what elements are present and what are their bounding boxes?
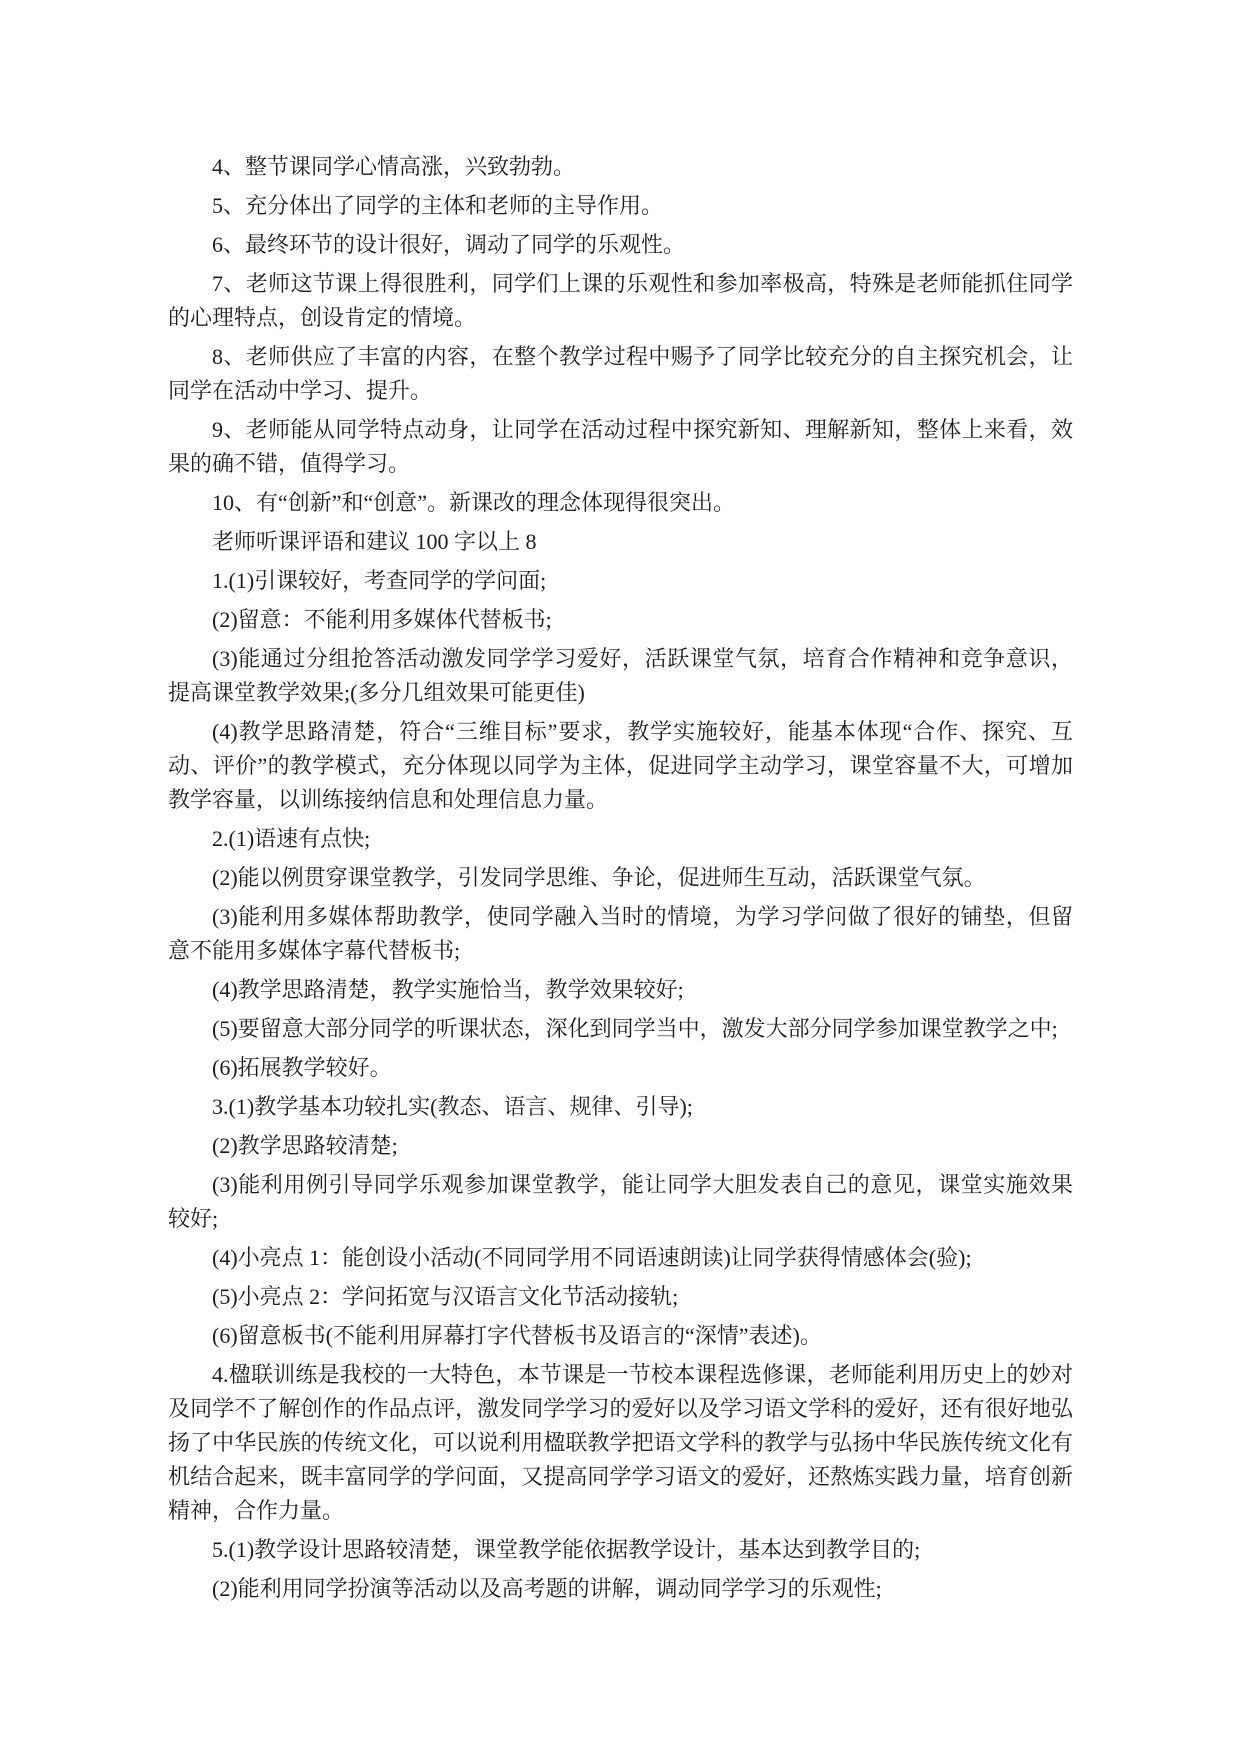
paragraph: (2)留意：不能利用多媒体代替板书;: [168, 603, 1073, 637]
paragraph: (6)拓展教学较好。: [168, 1051, 1073, 1085]
paragraph: 老师听课评语和建议 100 字以上 8: [168, 525, 1073, 559]
paragraph: (3)能利用多媒体帮助教学，使同学融入当时的情境，为学习学问做了很好的铺垫，但留…: [168, 900, 1073, 968]
document-body: 4、整节课同学心情高涨，兴致勃勃。5、充分体出了同学的主体和老师的主导作用。6、…: [0, 0, 1240, 1651]
paragraph: (4)教学思路清楚，符合“三维目标”要求，教学实施较好，能基本体现“合作、探究、…: [168, 715, 1073, 817]
paragraph: 9、老师能从同学特点动身，让同学在活动过程中探究新知、理解新知，整体上来看，效果…: [168, 413, 1073, 481]
paragraph: (2)能以例贯穿课堂教学，引发同学思维、争论，促进师生互动，活跃课堂气氛。: [168, 861, 1073, 895]
paragraph: (2)教学思路较清楚;: [168, 1129, 1073, 1163]
paragraph: (6)留意板书(不能利用屏幕打字代替板书及语言的“深情”表述)。: [168, 1319, 1073, 1353]
paragraph: (5)小亮点 2：学问拓宽与汉语言文化节活动接轨;: [168, 1280, 1073, 1314]
paragraph: 6、最终环节的设计很好，调动了同学的乐观性。: [168, 228, 1073, 262]
paragraph: 5、充分体出了同学的主体和老师的主导作用。: [168, 189, 1073, 223]
paragraph: (3)能通过分组抢答活动激发同学学习爱好，活跃课堂气氛，培育合作精神和竞争意识，…: [168, 642, 1073, 710]
paragraph: 2.(1)语速有点快;: [168, 822, 1073, 856]
paragraph: 7、老师这节课上得很胜利，同学们上课的乐观性和参加率极高，特殊是老师能抓住同学的…: [168, 267, 1073, 335]
paragraph: (2)能利用同学扮演等活动以及高考题的讲解，调动同学学习的乐观性;: [168, 1572, 1073, 1606]
paragraph: 4、整节课同学心情高涨，兴致勃勃。: [168, 150, 1073, 184]
paragraph: (4)小亮点 1：能创设小活动(不同同学用不同语速朗读)让同学获得情感体会(验)…: [168, 1241, 1073, 1275]
paragraph: 1.(1)引课较好，考查同学的学问面;: [168, 564, 1073, 598]
document-page: 4、整节课同学心情高涨，兴致勃勃。5、充分体出了同学的主体和老师的主导作用。6、…: [0, 0, 1240, 1753]
paragraph: (5)要留意大部分同学的听课状态，深化到同学当中，激发大部分同学参加课堂教学之中…: [168, 1012, 1073, 1046]
paragraph: 5.(1)教学设计思路较清楚，课堂教学能依据教学设计，基本达到教学目的;: [168, 1533, 1073, 1567]
paragraph: 10、有“创新”和“创意”。新课改的理念体现得很突出。: [168, 486, 1073, 520]
paragraph: (4)教学思路清楚，教学实施恰当，教学效果较好;: [168, 973, 1073, 1007]
paragraph: (3)能利用例引导同学乐观参加课堂教学，能让同学大胆发表自己的意见，课堂实施效果…: [168, 1168, 1073, 1236]
paragraph: 3.(1)教学基本功较扎实(教态、语言、规律、引导);: [168, 1090, 1073, 1124]
paragraph: 4.楹联训练是我校的一大特色，本节课是一节校本课程选修课，老师能利用历史上的妙对…: [168, 1358, 1073, 1528]
paragraph: 8、老师供应了丰富的内容，在整个教学过程中赐予了同学比较充分的自主探究机会，让同…: [168, 340, 1073, 408]
